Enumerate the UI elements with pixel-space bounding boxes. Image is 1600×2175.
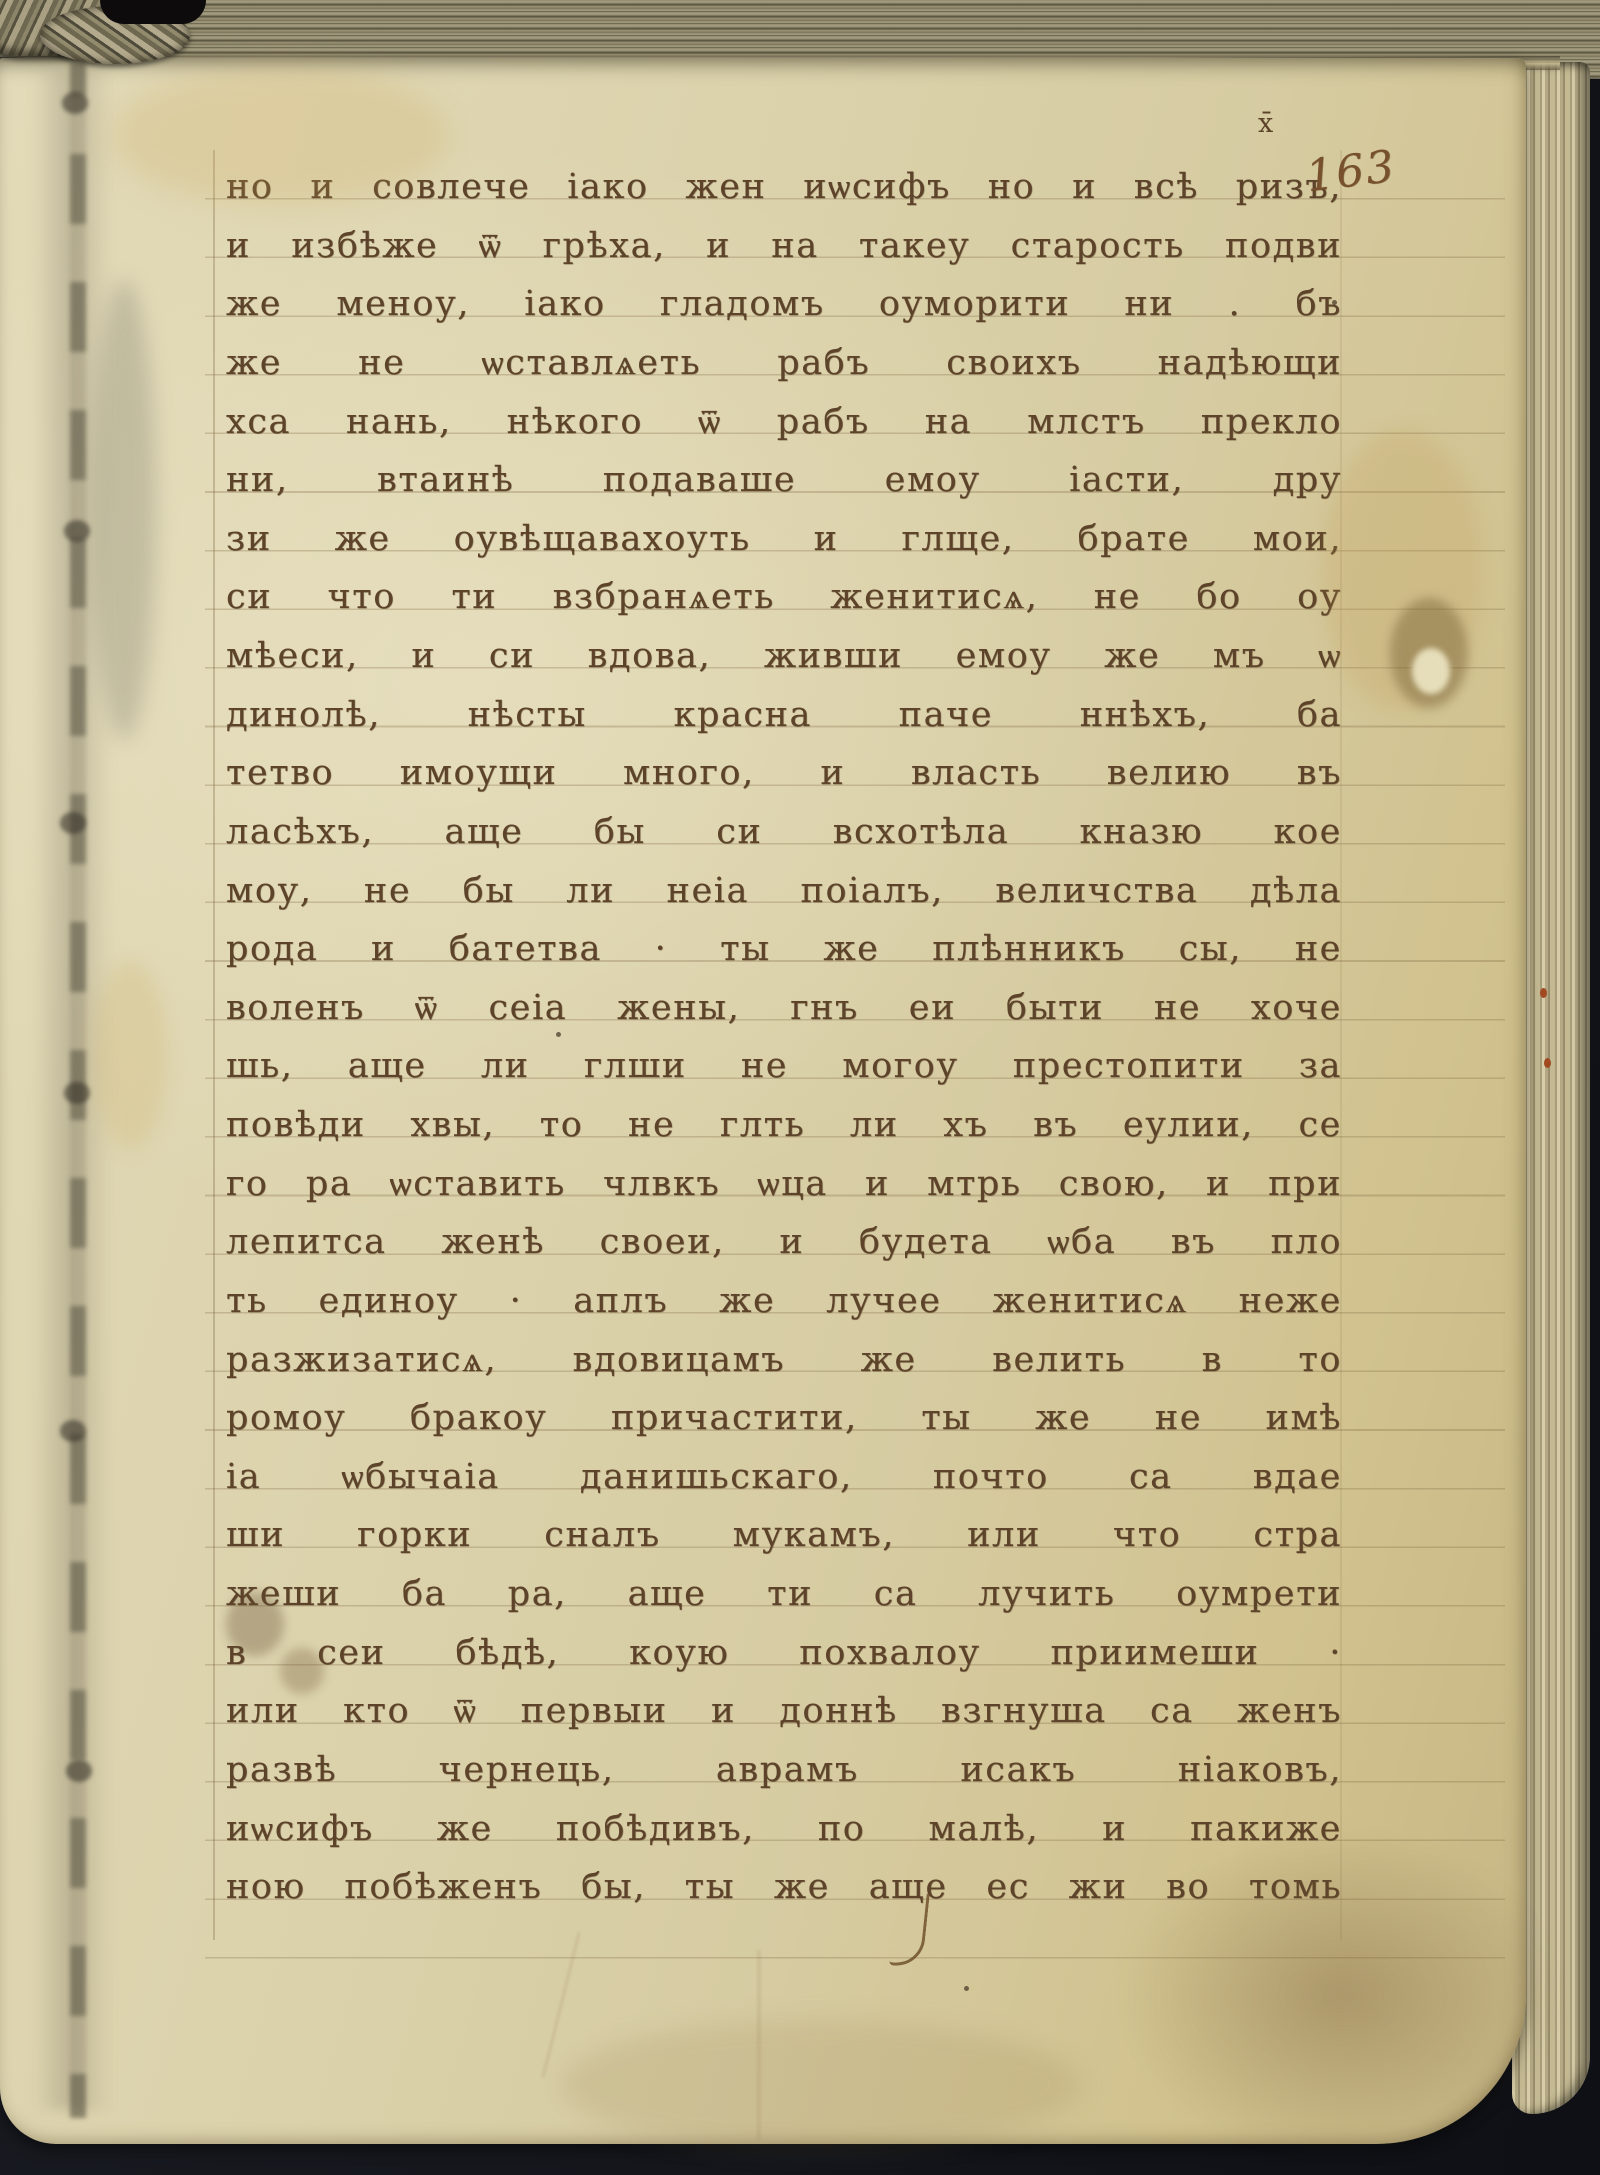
text-line: ромоу бракоу причастити, ты же не имѣ [226, 1389, 1342, 1448]
text-line: же меноу, іако гладомъ оуморити ни . бъ [226, 275, 1342, 334]
text-line: или кто ѿ первыи и доннѣ взгнуша са женъ [226, 1682, 1342, 1741]
text-line: си что ти взбранѧеть женитисѧ, не бо оу [226, 568, 1342, 627]
text-line: ши горки сналъ мукамъ, или что стра [226, 1506, 1342, 1565]
superscript-abbreviation-mark: х̄ [1258, 108, 1273, 139]
ink-speck [1332, 300, 1337, 305]
red-stain-dot [1544, 1058, 1551, 1068]
sewing-knot [66, 1760, 92, 1782]
sewing-knot [64, 1082, 90, 1104]
parchment-crease [758, 1950, 760, 2140]
text-line: тетво имоущи много, и власть велию въ [226, 744, 1342, 803]
text-line: хса нань, нѣкого ѿ рабъ на млстъ прекло [226, 393, 1342, 452]
sewing-knot [64, 520, 90, 542]
text-line: рода и батетва · ты же плѣнникъ сы, не [226, 920, 1342, 979]
text-line: и избѣже ѿ грѣха, и на такеу старость по… [226, 217, 1342, 276]
text-line: го ра ѡставить члвкъ ѡца и мтрь свою, и … [226, 1155, 1342, 1214]
text-line: разжизатисѧ, вдовицамъ же велить в то [226, 1331, 1342, 1390]
text-line: зи же оувѣщавахоуть и глще, брате мои, [226, 510, 1342, 569]
text-line: іа ѡбычаіа данишьскаго, почто са вдае [226, 1448, 1342, 1507]
ink-speck [556, 1032, 561, 1037]
sewing-knot [60, 812, 86, 834]
text-line: ною побѣженъ бы, ты же аще ес жи во томь [226, 1858, 1342, 1917]
text-line: жеши ба ра, аще ти са лучить оумрети [226, 1565, 1342, 1624]
text-line: но и совлече іако жен иѡсифъ но и всѣ ри… [226, 158, 1342, 217]
manuscript-photo: { "page": { "folio_number": "163", "supe… [0, 0, 1600, 2175]
text-line: иѡсифъ же побѣдивъ, по малѣ, и пакиже [226, 1800, 1342, 1859]
text-line: же не ѡставлѧеть рабъ своихъ надѣющи [226, 334, 1342, 393]
text-line: воленъ ѿ сеіа жены, гнъ еи быти не хоче [226, 979, 1342, 1038]
text-line: мѣеси, и си вдова, живши емоу же мъ ѡ [226, 627, 1342, 686]
text-line: моу, не бы ли неіа поіалъ, величства дѣл… [226, 862, 1342, 921]
text-line: развѣ чернець, аврамъ исакъ ніаковъ, [226, 1741, 1342, 1800]
endband-gap [100, 0, 206, 24]
text-line: ни, втаинѣ подаваше емоу іасти, дру [226, 451, 1342, 510]
sewing-knot [62, 92, 88, 114]
left-margin-rule [213, 150, 215, 1940]
folio-number: 163 [1303, 141, 1399, 203]
red-stain-dot [1540, 988, 1547, 998]
text-line: ласѣхъ, аще бы си всхотѣла кназю кое [226, 803, 1342, 862]
text-line: в сеи бѣдѣ, коую похвалоу приимеши · [226, 1624, 1342, 1683]
text-line: шь, аще ли глши не могоу престопити за [226, 1037, 1342, 1096]
text-line: динолѣ, нѣсты красна паче ннѣхъ, ба [226, 686, 1342, 745]
text-line: ть единоу · аплъ же лучее женитисѧ неже [226, 1272, 1342, 1331]
ink-speck [964, 1986, 969, 1991]
text-block: но и совлече іако жен иѡсифъ но и всѣ ри… [226, 158, 1342, 1917]
text-line: лепитса женѣ своеи, и будета ѡба въ пло [226, 1213, 1342, 1272]
sewing-knot [60, 1420, 86, 1442]
text-line: повѣди хвы, то не глть ли хъ въ еулии, с… [226, 1096, 1342, 1155]
